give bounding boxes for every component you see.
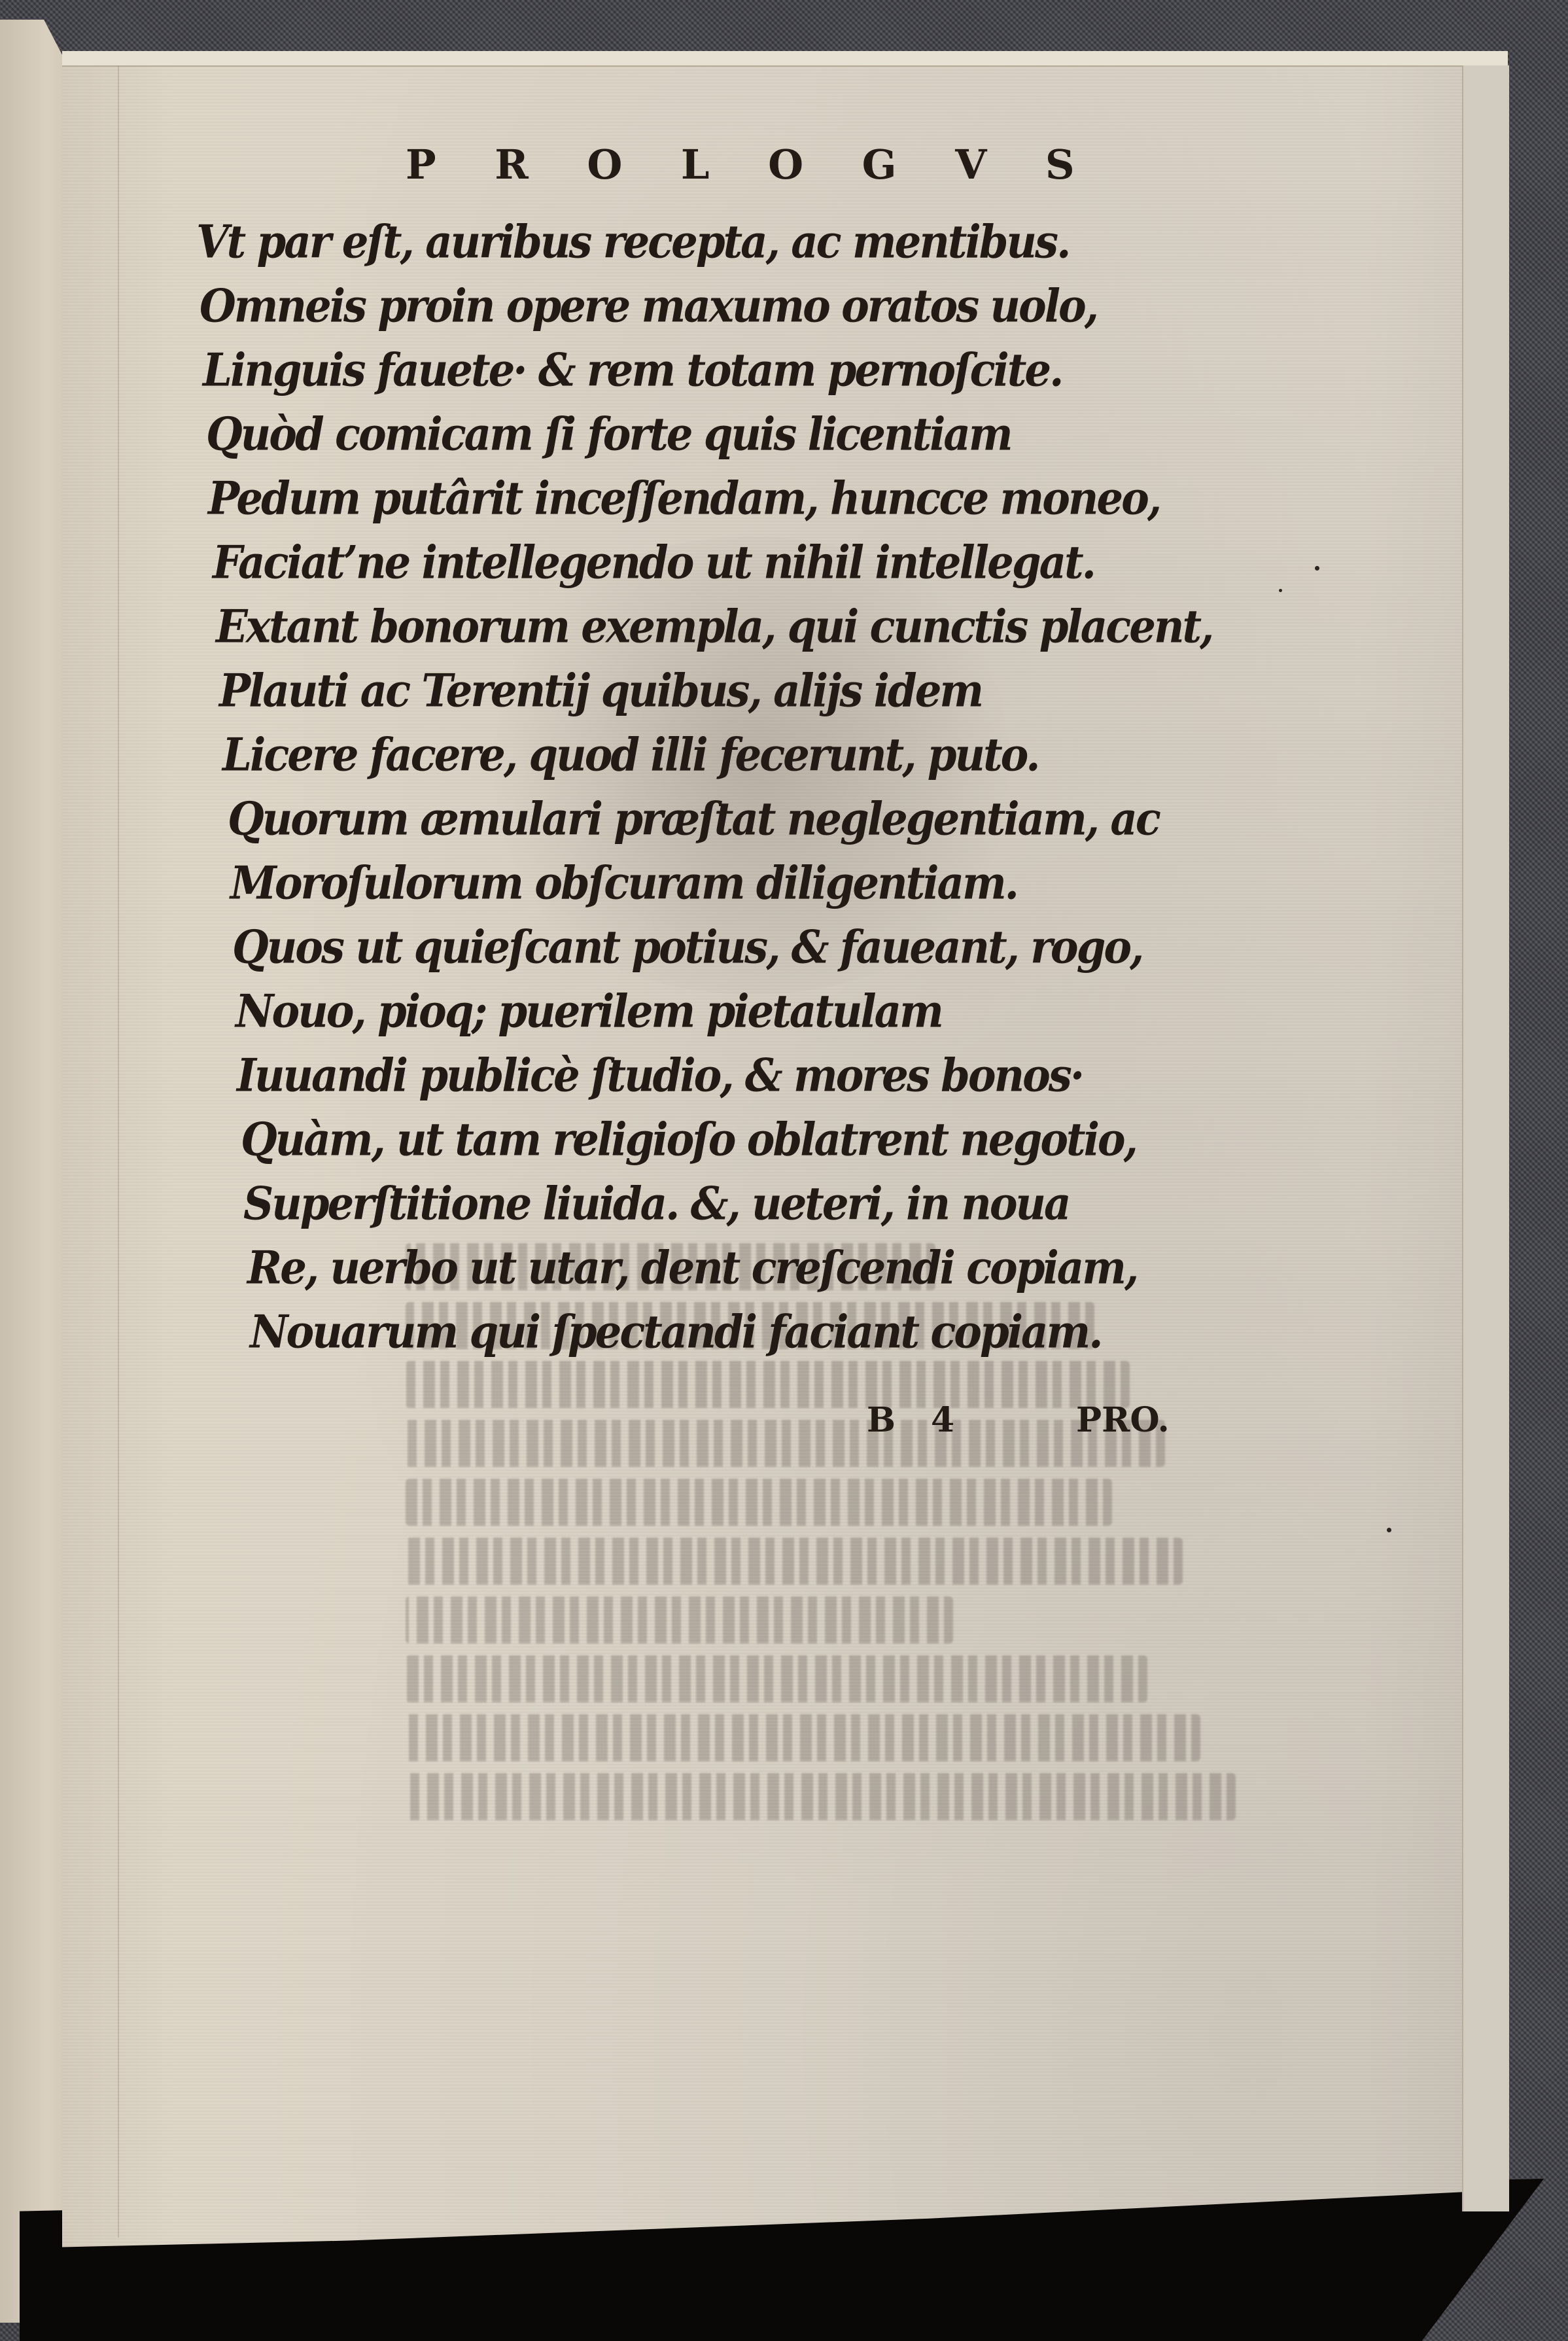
verse-line: Licere facere, quod illi fecerunt, puto. [222,729,1038,782]
paper-speck [1279,589,1282,592]
verse-line: Moroſulorum obſcuram diligentiam. [230,857,1017,910]
verse-line: Plauti ac Terentij quibus, alijs idem [219,665,982,718]
verse-line: Quòd comicam ſi forte quis licentiam [206,408,1011,461]
verse-line: Quos ut quieſcant potius, & faueant, rog… [232,921,1142,974]
verse-line: Quorum æmulari præſtat neglegentiam, ac [228,793,1159,846]
verse-line: Extant bonorum exempla, qui cunctis plac… [216,601,1212,654]
paper-speck [1315,566,1319,571]
verse-line: Superſtitione liuida. &, ueteri, in noua [243,1178,1070,1231]
verse-line: Nouarum qui ſpectandi faciant copiam. [250,1306,1102,1359]
verse-line: Linguis fauete· & rem totam pernoſcite. [203,344,1062,397]
page-heading: P R O L O G V S [406,141,1097,188]
paper-speck [1387,1528,1391,1532]
catchword: PRO. [1076,1400,1170,1440]
page-content: P R O L O G V S Vt par eſt, auribus rece… [0,0,1568,2341]
verse-line: Quàm, ut tam religioſo oblatrent negotio… [241,1114,1136,1167]
signature-mark: B 4 [867,1400,966,1440]
verse-line: Faciat’ne intellegendo ut nihil intelleg… [213,537,1094,590]
verse-line: Pedum putârit inceſſendam, huncce moneo, [208,472,1160,525]
verse-line: Omneis proin opere maxumo oratos uolo, [200,280,1097,333]
verse-line: Vt par eſt, auribus recepta, ac mentibus… [196,216,1069,269]
verse-line: Re, uerbo ut utar, dent creſcendi copiam… [247,1242,1137,1295]
verse-line: Iuuandi publicè ſtudio, & mores bonos· [237,1049,1083,1102]
verse-line: Nouo, pioq; puerilem pietatulam [235,985,942,1038]
